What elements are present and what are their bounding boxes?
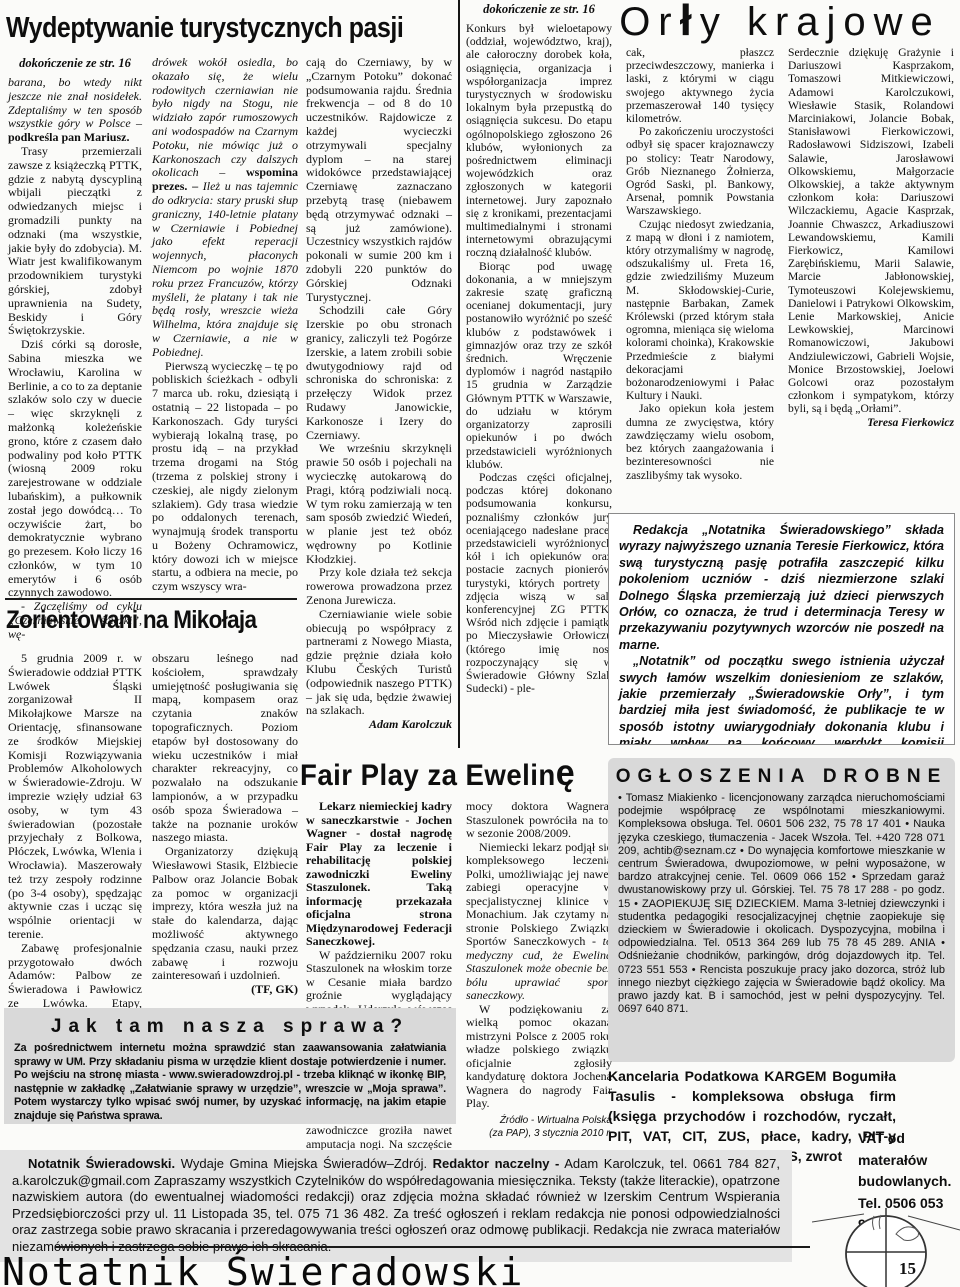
article1-column-2: drówek wokół osiedla, bo okazało się, że…	[152, 56, 298, 594]
headline-wydeptywanie: Wydeptywanie turystycznych pasji	[6, 12, 403, 45]
editorial-text: Redakcja „Notatnika Świeradowskiego” skł…	[619, 522, 944, 653]
body-text: barana, bo wtedy nikt jeszcze nie znał n…	[8, 75, 142, 130]
body-text: drówek wokół osiedla, bo okazało się, że…	[152, 55, 298, 179]
body-text: Jako opiekun koła jestem dumna ze zwycię…	[626, 402, 774, 481]
lead-text: Lekarz niemieckiej kadry w saneczkarstwi…	[306, 800, 452, 949]
article3-column-1: 5 grudnia 2009 r. w Świeradowie oddział …	[8, 652, 142, 1038]
body-text: Organizatorzy dziękują Wiesławowi Stasik…	[152, 845, 298, 983]
article4-column-2: mocy doktora Wagnera, Staszulonek powróc…	[466, 800, 612, 1140]
body-text: mocy doktora Wagnera, Staszulonek powróc…	[466, 800, 612, 841]
body-text: Biorąc pod uwagę dokonania, a w mniejszy…	[466, 260, 612, 471]
article2-column-3: Serdecznie dziękuję Grażynie i Dariuszow…	[788, 46, 954, 429]
newspaper-logo: Notatnik Świeradowski	[2, 1250, 524, 1287]
body-text: Przy kole działa też sekcja rowerowa pro…	[306, 566, 452, 607]
author-signature: Adam Karolczuk	[306, 718, 452, 732]
ogloszenia-headline: OGŁOSZENIA DROBNE	[608, 766, 955, 788]
body-text: W podziękowaniu za wielką pomoc okazaną …	[466, 1003, 612, 1111]
headline-orly-part: y krajowe	[700, 0, 941, 44]
imprint-text: Wydaje Gmina Miejska Świeradów–Zdrój.	[175, 1156, 432, 1171]
body-text: obszaru leśnego nad kościołem, sprawdzał…	[152, 652, 298, 845]
jak-tam-body: Za pośrednictwem internetu można sprawdz…	[14, 1042, 446, 1124]
body-text: Czując niedosyt zwiedzania, z mapą w dło…	[626, 218, 774, 403]
body-text: Trasy przemierzali zawsze z książeczką P…	[8, 145, 142, 338]
newspaper-page: { "page": { "number": "15", "logo_text":…	[0, 0, 960, 1287]
body-text: Schodzili całe Góry Izerskie po obu stro…	[306, 304, 452, 442]
source-line: (za PAP), 3 stycznia 2010 r.	[466, 1127, 612, 1140]
body-text: We wrześniu skrzyknęli prawie 50 osób i …	[306, 442, 452, 566]
classified-ads-text: • Tomasz Miakienko - licencjonowany zarz…	[618, 792, 945, 1016]
bottom-rule	[55, 1246, 810, 1248]
page-number: 15	[899, 1259, 916, 1278]
body-text: podkreśla pan Mariusz.	[8, 130, 129, 144]
imprint-editor-label: Redaktor naczelny -	[433, 1156, 560, 1171]
body-text: Podczas części oficjalnej, podczas które…	[466, 471, 612, 695]
author-signature: (TF, GK)	[152, 983, 298, 997]
author-signature: Teresa Fierkowicz	[788, 416, 954, 429]
body-text: 5 grudnia 2009 r. w Świeradowie oddział …	[8, 652, 142, 942]
headline-orly-krajowe: Orły krajowe	[600, 0, 960, 46]
editorial-text: „Notatnik” od początku swego istnienia u…	[619, 653, 944, 745]
body-text: Niemiecki lekarz podjął się kompleksoweg…	[466, 840, 612, 949]
headline-orly-l-glyph: ł	[680, 0, 700, 45]
continuation-note-orly: dokończenie ze str. 16	[466, 2, 612, 17]
article1-column-3: cają do Czerniawy, by w „Czarnym Potoku”…	[306, 56, 452, 732]
headline-orly-part: Or	[619, 0, 679, 44]
body-text: cak, płaszcz przeciwdeszczowy, manierka …	[626, 46, 774, 125]
editorial-note-box: Redakcja „Notatnika Świeradowskiego” skł…	[608, 513, 955, 745]
article2-column-2: cak, płaszcz przeciwdeszczowy, manierka …	[626, 46, 774, 482]
ogloszenia-box: OGŁOSZENIA DROBNE • Tomasz Miakienko - l…	[608, 758, 955, 1062]
footer-imprint-box: Notatnik Świeradowski. Wydaje Gmina Miej…	[0, 1150, 792, 1262]
headline-fair-play: Fair Play za Ewelinę	[300, 752, 575, 794]
section-rule	[5, 598, 297, 600]
gondola-lift-icon: 15	[812, 1200, 960, 1287]
source-note: Źródło - Wirtualna Polska (za PAP), 3 st…	[466, 1114, 612, 1140]
headline-fair-play-e-glyph: ę	[556, 752, 575, 793]
body-text: cają do Czerniawy, by w „Czarnym Potoku”…	[306, 56, 452, 304]
imprint-paper-name: Notatnik Świeradowski.	[28, 1156, 175, 1171]
column-divider-rule	[458, 0, 460, 748]
article3-column-2: obszaru leśnego nad kościołem, sprawdzał…	[152, 652, 298, 997]
continuation-note-wydeptywanie: dokończenie ze str. 16	[8, 56, 142, 71]
body-text: Konkurs był wieloetapowy (oddział, wojew…	[466, 22, 612, 260]
body-text: Czerniawianie wiele sobie obiecują po ws…	[306, 608, 452, 718]
article2-column-1: Konkurs był wieloetapowy (oddział, wojew…	[466, 22, 612, 695]
jak-tam-headline: Jak tam nasza sprawa?	[4, 1016, 456, 1038]
headline-fair-play-text: Fair Play za Ewelin	[300, 759, 556, 792]
body-text: Pierwszą wycieczkę – tę po pobliskich śc…	[152, 360, 298, 595]
source-line: Źródło - Wirtualna Polska	[466, 1114, 612, 1127]
jak-tam-box: Jak tam nasza sprawa? Za pośrednictwem i…	[4, 1008, 456, 1124]
body-text: Dziś córki są dorosłe, Sabina mieszka we…	[8, 338, 142, 600]
headline-zorientowani: Zorientowani na Mikołaja	[6, 606, 256, 635]
body-text: Ileż u nas tajemnic do odkrycia: stary p…	[152, 179, 298, 359]
city-website-url: www.swieradowzdroj.pl	[169, 1069, 293, 1081]
body-text: Po zakończeniu uroczystości odbył się sp…	[626, 125, 774, 217]
body-text: Serdecznie dziękuję Grażynie i Dariuszow…	[788, 46, 954, 416]
article1-column-1: barana, bo wtedy nikt jeszcze nie znał n…	[8, 76, 142, 642]
